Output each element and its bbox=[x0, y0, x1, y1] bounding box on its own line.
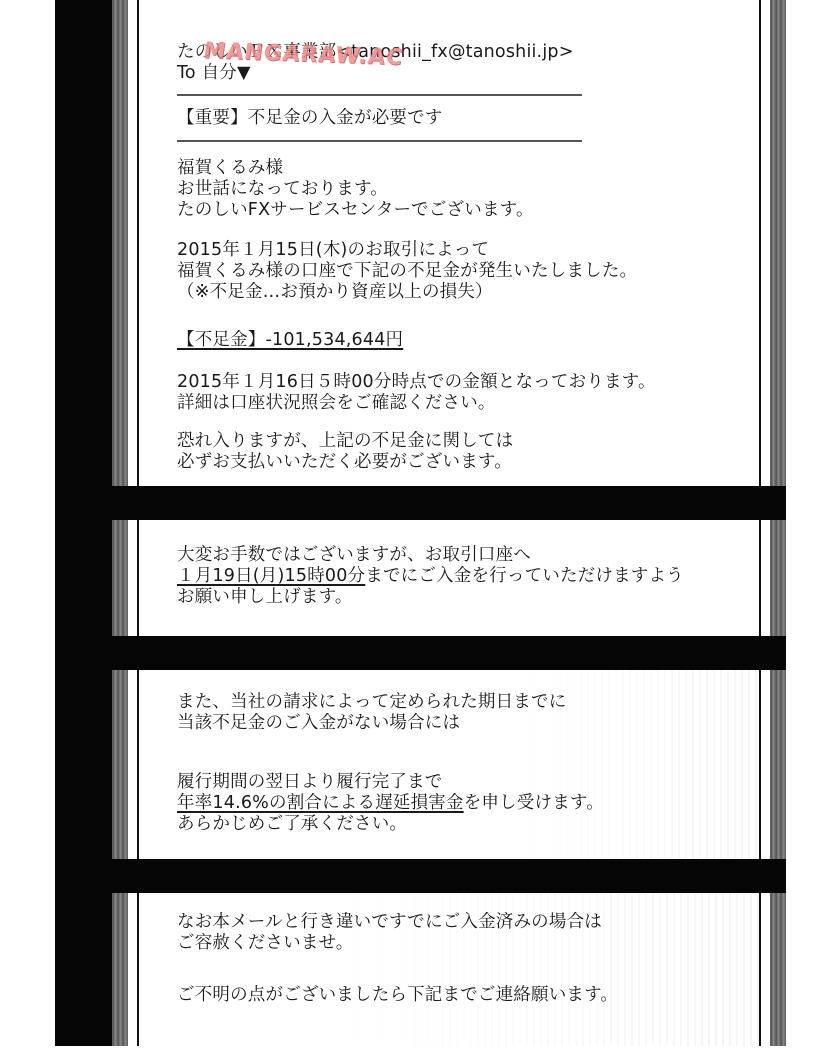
subject: 【重要】不足金の入金が必要です bbox=[177, 108, 443, 129]
greeting-line: たのしいFXサービスセンターでございます。 bbox=[177, 200, 534, 221]
timestamp-line: 詳細は口座状況照会をご確認ください。 bbox=[177, 393, 656, 414]
apology-line: なお本メールと行き違いですでにご入金済みの場合は bbox=[177, 912, 602, 933]
notice-line: 福賀くるみ様の口座で下記の不足金が発生いたしました。 bbox=[177, 261, 637, 282]
deadline-line: までにご入金を行っていただけますよう bbox=[365, 566, 684, 586]
penalty-rate: 年率14.6%の割合による遅延損害金 bbox=[177, 793, 464, 813]
timestamp-note: 2015年１月16日５時00分時点での金額となっております。 詳細は口座状況照会… bbox=[177, 372, 656, 414]
apology-block: なお本メールと行き違いですでにご入金済みの場合は ご容赦くださいませ。 bbox=[177, 912, 602, 954]
penalty-line: を申し受けます。 bbox=[464, 793, 604, 813]
penalty-intro-line: また、当社の請求によって定められた期日までに bbox=[177, 692, 566, 713]
payment-line: 必ずお支払いいただく必要がございます。 bbox=[177, 452, 513, 473]
shortfall-value: -101,534,644円 bbox=[266, 330, 404, 350]
deadline-line: お願い申し上げます。 bbox=[177, 587, 684, 608]
shortfall-amount: 【不足金】-101,534,644円 bbox=[177, 330, 403, 351]
panel-divider-2 bbox=[100, 636, 786, 670]
penalty-intro-line: 当該不足金のご入金がない場合には bbox=[177, 713, 566, 734]
notice-line: 2015年１月15日(木)のお取引によって bbox=[177, 240, 637, 261]
penalty-intro: また、当社の請求によって定められた期日までに 当該不足金のご入金がない場合には bbox=[177, 692, 566, 734]
penalty-line: 履行期間の翌日より履行完了まで bbox=[177, 772, 604, 793]
panel-divider-1 bbox=[100, 486, 786, 520]
notice-line: （※不足金…お預かり資産以上の損失） bbox=[177, 282, 637, 303]
header-divider bbox=[177, 94, 582, 96]
shortfall-label: 【不足金】 bbox=[177, 330, 266, 350]
recipient-name: 福賀くるみ様 bbox=[177, 158, 534, 179]
penalty-block: 履行期間の翌日より履行完了まで 年率14.6%の割合による遅延損害金を申し受けま… bbox=[177, 772, 604, 835]
payment-line: 恐れ入りますが、上記の不足金に関しては bbox=[177, 431, 513, 452]
deadline-date: １月19日(月)15時00分 bbox=[177, 566, 365, 586]
greeting-block: 福賀くるみ様 お世話になっております。 たのしいFXサービスセンターでございます… bbox=[177, 158, 534, 221]
payment-required: 恐れ入りますが、上記の不足金に関しては 必ずお支払いいただく必要がございます。 bbox=[177, 431, 513, 473]
contact-line: ご不明の点がございましたら下記までご連絡願います。 bbox=[177, 985, 618, 1006]
notice-block: 2015年１月15日(木)のお取引によって 福賀くるみ様の口座で下記の不足金が発… bbox=[177, 240, 637, 303]
apology-line: ご容赦くださいませ。 bbox=[177, 933, 602, 954]
greeting-line: お世話になっております。 bbox=[177, 179, 534, 200]
deadline-line: 大変お手数ではございますが、お取引口座へ bbox=[177, 545, 684, 566]
deadline-block: 大変お手数ではございますが、お取引口座へ １月19日(月)15時00分までにご入… bbox=[177, 545, 684, 608]
timestamp-line: 2015年１月16日５時00分時点での金額となっております。 bbox=[177, 372, 656, 393]
panel-divider-3 bbox=[100, 859, 786, 893]
subject-divider bbox=[177, 140, 582, 142]
penalty-line: あらかじめご了承ください。 bbox=[177, 814, 604, 835]
